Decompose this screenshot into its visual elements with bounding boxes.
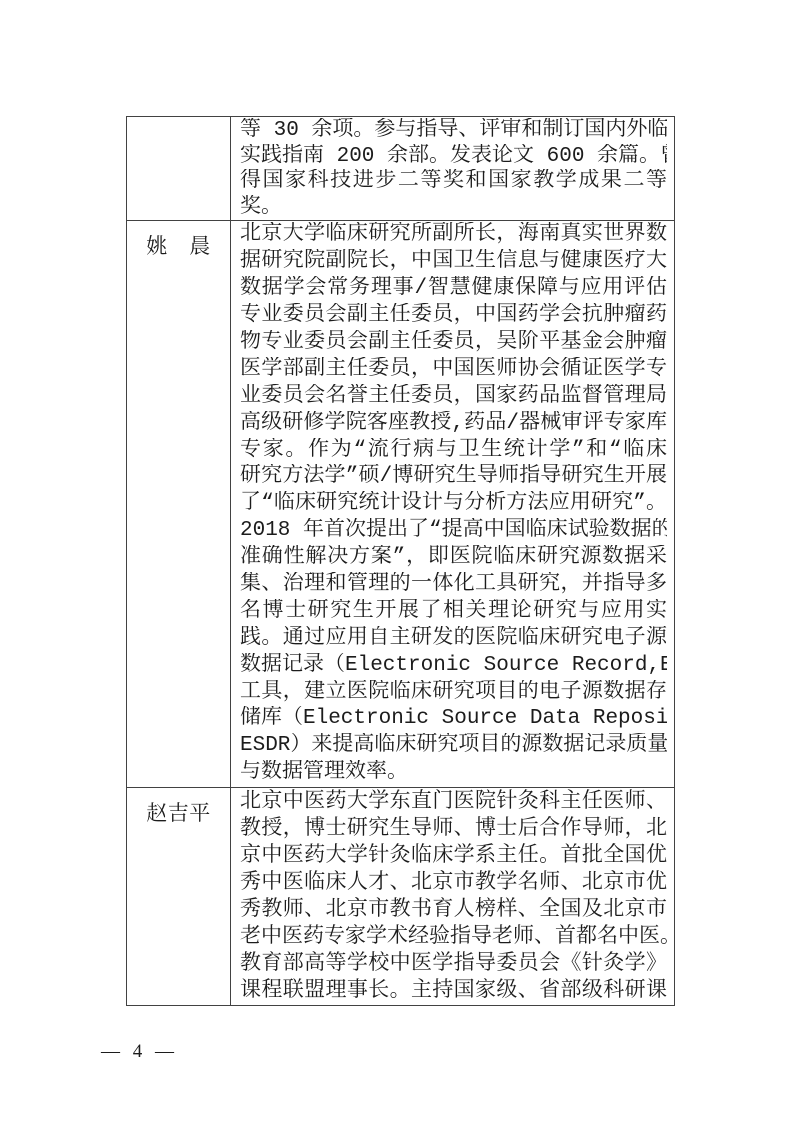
bio-text-line: 储库（Electronic Source Data Repository, <box>240 706 667 733</box>
bio-text-line: 名博士研究生开展了相关理论研究与应用实 <box>240 599 667 626</box>
bio-text-line: 医学部副主任委员，中国医师协会循证医学专 <box>240 357 667 384</box>
bio-text-line: 课程联盟理事长。主持国家级、省部级科研课 <box>240 978 667 1005</box>
bio-text-line: 老中医药专家学术经验指导老师、首都名中医。 <box>240 924 667 951</box>
bio-text-line: 与数据管理效率。 <box>240 760 667 787</box>
bio-text-line: 高级研修学院客座教授,药品/器械审评专家库 <box>240 411 667 438</box>
expert-bio-table: 等 30 余项。参与指导、评审和制订国内外临床实践指南 200 余部。发表论文 … <box>126 116 675 1006</box>
bio-text-line: 了“临床研究统计设计与分析方法应用研究”。 <box>240 491 667 518</box>
bio-text-line: 奖。 <box>240 195 667 221</box>
bio-text-line: 北京大学临床研究所副所长，海南真实世界数 <box>240 222 667 249</box>
expert-name-cell: 赵吉平 <box>127 788 231 1005</box>
expert-bio-cell: 北京大学临床研究所副所长，海南真实世界数据研究院副院长，中国卫生信息与健康医疗大… <box>231 221 674 787</box>
table-row: 赵吉平北京中医药大学东直门医院针灸科主任医师、教授，博士研究生导师、博士后合作导… <box>127 787 674 1005</box>
bio-text-line: 专家。作为“流行病与卫生统计学”和“临床 <box>240 438 667 465</box>
page-number: — 4 — <box>101 1041 178 1063</box>
bio-text-line: 2018 年首次提出了“提高中国临床试验数据的 <box>240 518 667 545</box>
expert-name-cell: 姚 晨 <box>127 221 231 787</box>
bio-text-line: 践。通过应用自主研发的医院临床研究电子源 <box>240 626 667 653</box>
bio-text-line: 实践指南 200 余部。发表论文 600 余篇。曾获 <box>240 144 667 170</box>
bio-text-line: ESDR）来提高临床研究项目的源数据记录质量 <box>240 733 667 760</box>
bio-text-line: 专业委员会副主任委员，中国药学会抗肿瘤药 <box>240 303 667 330</box>
bio-text-line: 业委员会名誉主任委员，国家药品监督管理局 <box>240 384 667 411</box>
expert-bio-cell: 等 30 余项。参与指导、评审和制订国内外临床实践指南 200 余部。发表论文 … <box>231 117 674 220</box>
bio-text-line: 教授，博士研究生导师、博士后合作导师，北 <box>240 816 667 843</box>
document-page: 等 30 余项。参与指导、评审和制订国内外临床实践指南 200 余部。发表论文 … <box>0 0 800 1131</box>
bio-text-line: 秀教师、北京市教书育人榜样、全国及北京市 <box>240 897 667 924</box>
bio-text-line: 集、治理和管理的一体化工具研究，并指导多 <box>240 572 667 599</box>
table-row: 姚 晨北京大学临床研究所副所长，海南真实世界数据研究院副院长，中国卫生信息与健康… <box>127 220 674 787</box>
bio-text-line: 数据学会常务理事/智慧健康保障与应用评估 <box>240 276 667 303</box>
bio-text-line: 等 30 余项。参与指导、评审和制订国内外临床 <box>240 118 667 144</box>
bio-text-line: 物专业委员会副主任委员，吴阶平基金会肿瘤 <box>240 330 667 357</box>
expert-name-cell <box>127 117 231 220</box>
bio-text-line: 数据记录（Electronic Source Record,ESR） <box>240 653 667 680</box>
table-row: 等 30 余项。参与指导、评审和制订国内外临床实践指南 200 余部。发表论文 … <box>127 117 674 220</box>
expert-bio-cell: 北京中医药大学东直门医院针灸科主任医师、教授，博士研究生导师、博士后合作导师，北… <box>231 788 674 1005</box>
bio-text-line: 研究方法学”硕/博研究生导师指导研究生开展 <box>240 464 667 491</box>
bio-text-line: 据研究院副院长，中国卫生信息与健康医疗大 <box>240 249 667 276</box>
bio-text-line: 京中医药大学针灸临床学系主任。首批全国优 <box>240 843 667 870</box>
bio-text-line: 得国家科技进步二等奖和国家教学成果二等 <box>240 169 667 195</box>
bio-text-line: 北京中医药大学东直门医院针灸科主任医师、 <box>240 789 667 816</box>
bio-text-line: 准确性解决方案”，即医院临床研究源数据采 <box>240 545 667 572</box>
bio-text-line: 教育部高等学校中医学指导委员会《针灸学》 <box>240 951 667 978</box>
bio-text-line: 工具，建立医院临床研究项目的电子源数据存 <box>240 680 667 707</box>
bio-text-line: 秀中医临床人才、北京市教学名师、北京市优 <box>240 870 667 897</box>
